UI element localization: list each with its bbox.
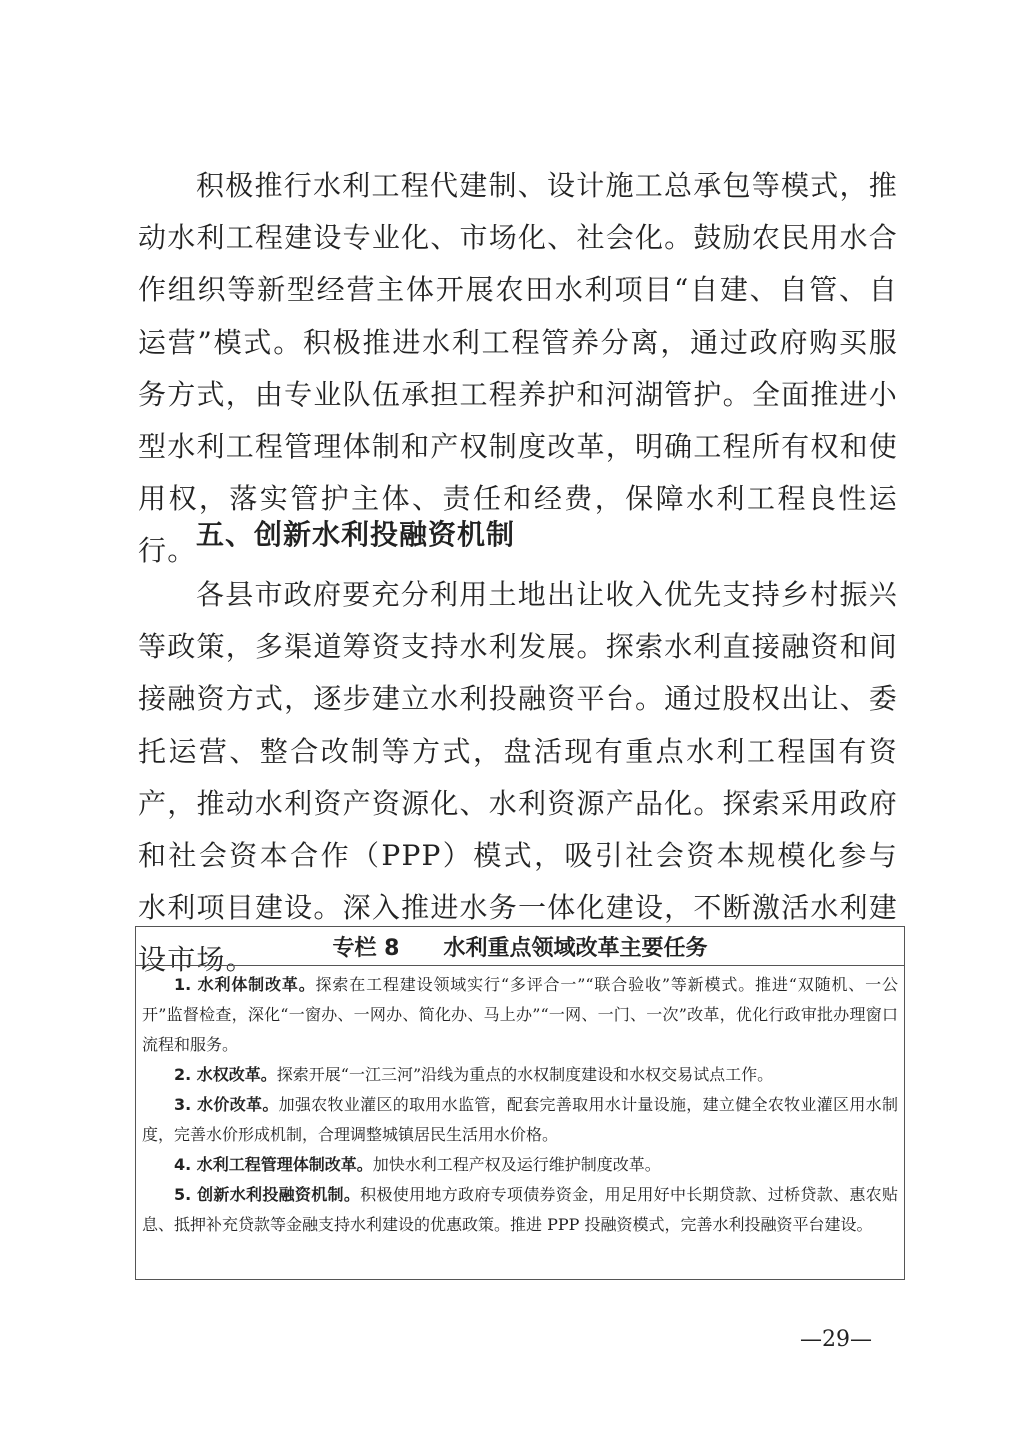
- box-item: 1. 水利体制改革。探索在工程建设领域实行“多评合一”“联合验收”等新模式。推进…: [142, 970, 898, 1060]
- box-header: 专栏 8 水利重点领域改革主要任务: [136, 927, 904, 966]
- box-body: 1. 水利体制改革。探索在工程建设领域实行“多评合一”“联合验收”等新模式。推进…: [136, 966, 904, 1240]
- item-text: 探索开展“一江三河”沿线为重点的水权制度建设和水权交易试点工作。: [277, 1065, 773, 1084]
- item-heading: 2. 水权改革。: [174, 1065, 277, 1084]
- box-item: 2. 水权改革。探索开展“一江三河”沿线为重点的水权制度建设和水权交易试点工作。: [142, 1060, 898, 1090]
- item-heading: 4. 水利工程管理体制改革。: [174, 1155, 373, 1174]
- sidebar-box-column-8: 专栏 8 水利重点领域改革主要任务 1. 水利体制改革。探索在工程建设领域实行“…: [135, 926, 905, 1280]
- box-item: 4. 水利工程管理体制改革。加快水利工程产权及运行维护制度改革。: [142, 1150, 898, 1180]
- document-page: 积极推行水利工程代建制、设计施工总承包等模式，推动水利工程建设专业化、市场化、社…: [0, 0, 1024, 1447]
- box-title: 水利重点领域改革主要任务: [443, 931, 707, 962]
- paragraph-2: 各县市政府要充分利用土地出让收入优先支持乡村振兴等政策，多渠道筹资支持水利发展。…: [138, 569, 898, 987]
- box-item: 3. 水价改革。加强农牧业灌区的取用水监管，配套完善取用水计量设施，建立健全农牧…: [142, 1090, 898, 1150]
- box-label: 专栏 8: [333, 931, 400, 962]
- item-text: 加快水利工程产权及运行维护制度改革。: [373, 1155, 661, 1174]
- page-number: —29—: [800, 1327, 872, 1352]
- section-heading: 五、创新水利投融资机制: [196, 513, 515, 553]
- item-heading: 5. 创新水利投融资机制。: [174, 1185, 360, 1204]
- item-heading: 3. 水价改革。: [174, 1095, 279, 1114]
- box-item: 5. 创新水利投融资机制。积极使用地方政府专项债券资金，用足用好中长期贷款、过桥…: [142, 1180, 898, 1240]
- item-heading: 1. 水利体制改革。: [174, 975, 316, 994]
